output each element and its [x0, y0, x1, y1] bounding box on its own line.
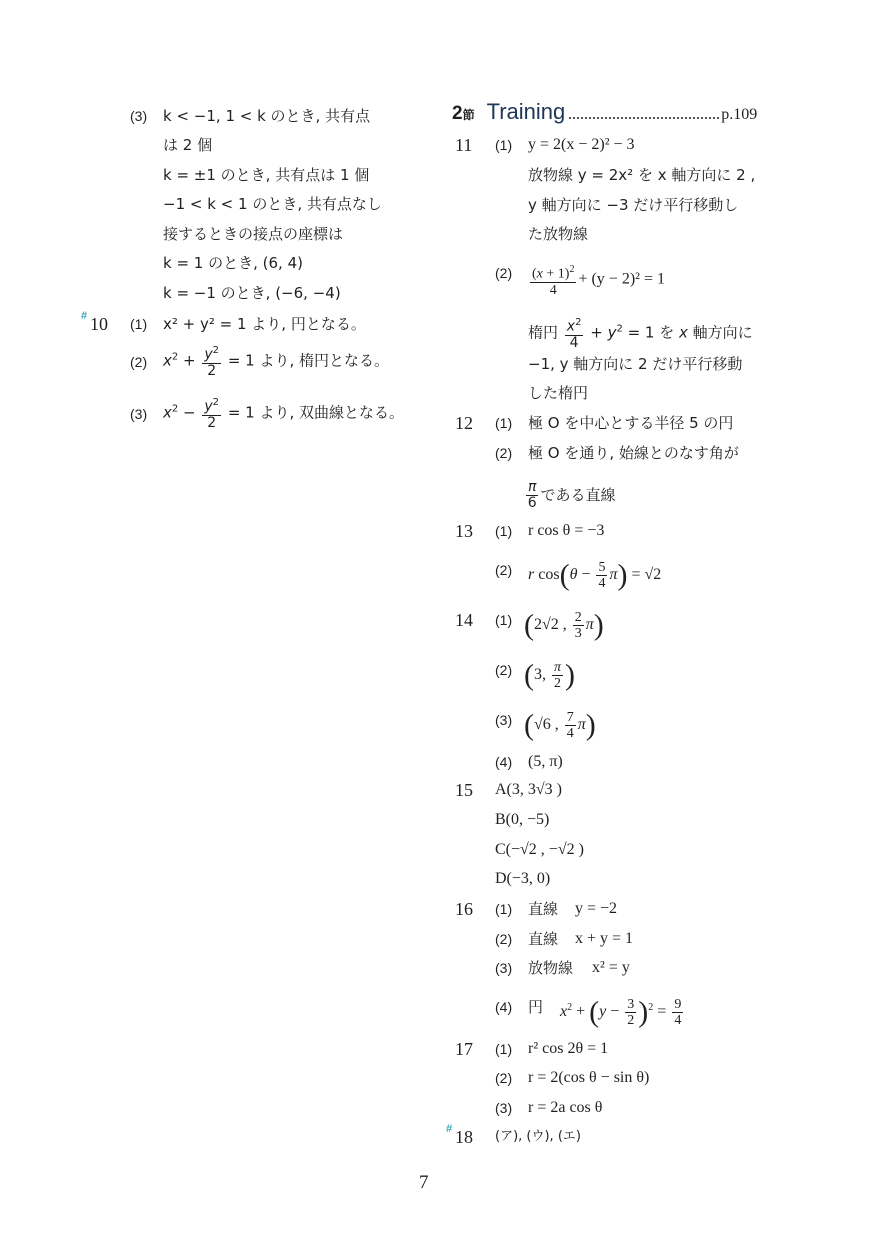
part-label: (4): [495, 752, 512, 772]
answer-line: 接するときの接点の座標は: [163, 224, 343, 244]
part-label: (2): [495, 263, 512, 283]
part-label: (1): [495, 1039, 512, 1059]
part-label: (1): [130, 314, 147, 334]
part-label: (1): [495, 135, 512, 155]
answer-line: 放物線 y = 2x² を x 軸方向に 2 ,: [528, 165, 755, 185]
problem-number-17: 17: [455, 1039, 473, 1059]
page-number: 7: [419, 1172, 429, 1194]
part-label: (1): [495, 413, 512, 433]
answer-line: た放物線: [528, 224, 588, 244]
equation: r = 2(cos θ − sin θ): [528, 1068, 649, 1088]
answer-line: x2 + y22 = 1 より, 楕円となる。: [163, 343, 389, 379]
fraction: 94: [672, 997, 683, 1028]
point: B(0, −5): [495, 810, 549, 830]
part-label: (3): [495, 1098, 512, 1118]
part-label: (2): [495, 560, 512, 580]
problem-number-11: 11: [455, 135, 472, 155]
curve-kind: 直線: [528, 929, 558, 949]
problem-number-12: 12: [455, 413, 473, 433]
fraction: 74: [565, 710, 576, 741]
answer-line: k = −1 のとき, (−6, −4): [163, 283, 341, 303]
problem-number-13: 13: [455, 521, 473, 541]
problem-number-16: 16: [455, 899, 473, 919]
equation: x2 + (y − 32)2 = 94: [560, 997, 685, 1028]
fraction: π2: [552, 660, 563, 691]
answer-line: 極 O を通り, 始線とのなす角が: [528, 443, 739, 463]
answer-line: y 軸方向に −3 だけ平行移動し: [528, 195, 738, 215]
curve-kind: 円: [528, 997, 543, 1017]
part-label: (3): [130, 106, 147, 126]
equation: y = −2: [575, 899, 617, 919]
part-label: (1): [495, 899, 512, 919]
point: D(−3, 0): [495, 869, 550, 889]
equation: (x + 1)24+ (y − 2)² = 1: [528, 262, 665, 298]
fraction: 23: [573, 610, 584, 641]
fraction: 54: [596, 560, 607, 591]
curve-kind: 放物線: [528, 958, 573, 978]
curve-kind: 直線: [528, 899, 558, 919]
part-label: (4): [495, 997, 512, 1017]
equation: (5, π): [528, 752, 563, 772]
problem-number-14: 14: [455, 610, 473, 630]
fraction: π6: [526, 480, 538, 511]
part-label: (3): [130, 404, 147, 424]
part-label: (2): [495, 660, 512, 680]
fraction: x24: [565, 315, 584, 351]
hash-mark-icon: #: [81, 306, 87, 326]
equation: (3, π2): [524, 660, 575, 691]
section-title: Training: [487, 99, 566, 124]
answer-line: k = ±1 のとき, 共有点は 1 個: [163, 165, 369, 185]
point: A(3, 3√3 ): [495, 780, 562, 800]
equation: x² = y: [592, 958, 630, 978]
equation: y = 2(x − 2)² − 3: [528, 135, 635, 155]
fraction: y22: [202, 395, 221, 431]
hash-mark-icon: #: [446, 1119, 452, 1139]
answer-line: k < −1, 1 < k のとき, 共有点: [163, 106, 370, 126]
fraction: (x + 1)24: [530, 262, 576, 298]
equation: (2√2 , 23π): [524, 610, 604, 641]
fraction: y22: [202, 343, 221, 379]
answer-line: した楕円: [528, 383, 588, 403]
fraction: 32: [625, 997, 636, 1028]
page-reference: p.109: [721, 106, 757, 123]
problem-number-18: # 18: [455, 1127, 473, 1147]
equation: (√6 , 74π): [524, 710, 596, 741]
equation: r cos θ = −3: [528, 521, 604, 541]
part-label: (2): [130, 352, 147, 372]
answer-line: (ア), (ウ), (エ): [495, 1127, 581, 1147]
answer-line: 極 O を中心とする半径 5 の円: [528, 413, 733, 433]
answer-line: k = 1 のとき, (6, 4): [163, 253, 303, 273]
point: C(−√2 , −√2 ): [495, 840, 584, 860]
answer-line: x² + y² = 1 より, 円となる。: [163, 314, 366, 334]
part-label: (2): [495, 929, 512, 949]
answer-line: −1 < k < 1 のとき, 共有点なし: [163, 194, 382, 214]
section-number: 2: [452, 103, 463, 124]
equation: r² cos 2θ = 1: [528, 1039, 608, 1059]
answer-line: −1, y 軸方向に 2 だけ平行移動: [528, 354, 742, 374]
part-label: (2): [495, 443, 512, 463]
problem-number-10: # 10: [90, 314, 108, 334]
equation: r = 2a cos θ: [528, 1098, 602, 1118]
part-label: (3): [495, 710, 512, 730]
answer-line: π6である直線: [524, 480, 615, 511]
section-kanji: 節: [463, 108, 475, 122]
answer-line: x2 − y22 = 1 より, 双曲線となる。: [163, 395, 404, 431]
equation: x + y = 1: [575, 929, 633, 949]
problem-number-15: 15: [455, 780, 473, 800]
part-label: (3): [495, 958, 512, 978]
equation: r cos(θ − 54π) = √2: [528, 560, 661, 591]
section-header: 2節 Trainingp.109: [452, 102, 757, 125]
dot-leader: [569, 117, 719, 119]
part-label: (1): [495, 610, 512, 630]
answer-line: 楕円 x24 + y2 = 1 を x 軸方向に: [528, 315, 753, 351]
part-label: (2): [495, 1068, 512, 1088]
answer-line: は 2 個: [163, 135, 212, 155]
part-label: (1): [495, 521, 512, 541]
